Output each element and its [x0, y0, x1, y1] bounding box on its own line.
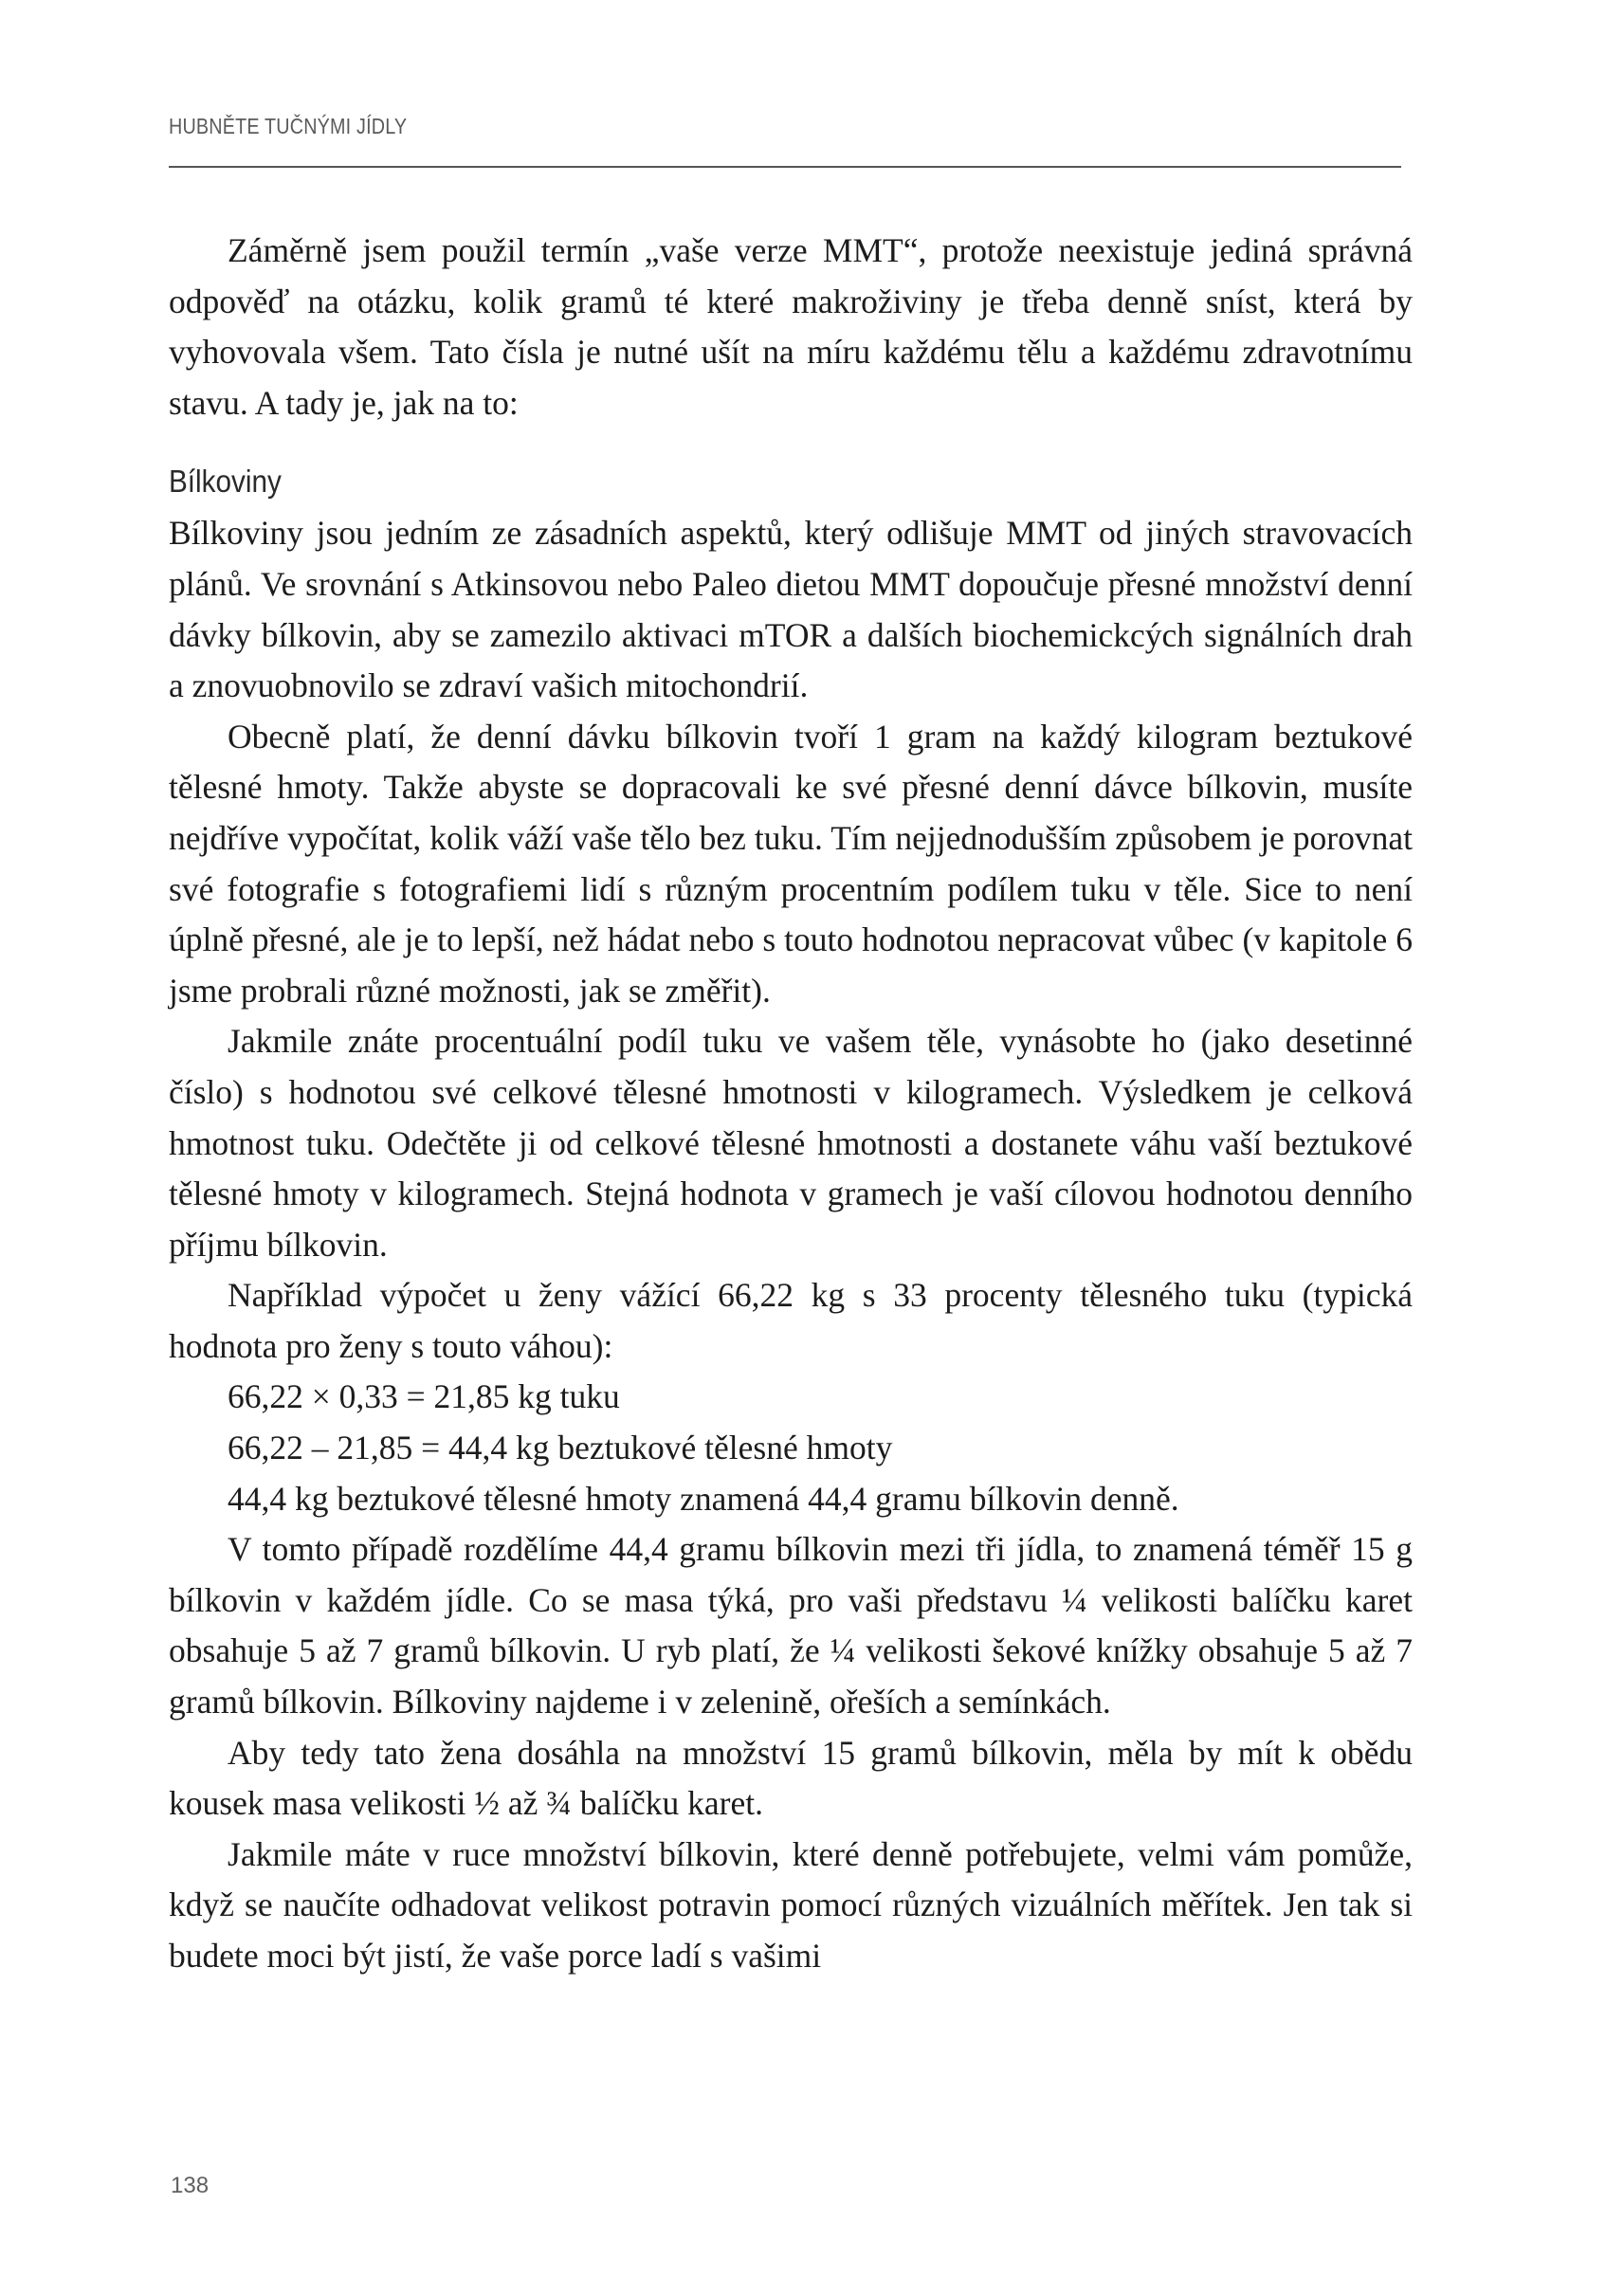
body-text-column: Záměrně jsem použil termín „vaše verze M…	[169, 226, 1413, 1982]
book-page: HUBNĚTE TUČNÝMI JÍDLY Záměrně jsem použi…	[0, 0, 1624, 2295]
section-heading: Bílkoviny	[169, 455, 1288, 508]
running-head-title: HUBNĚTE TUČNÝMI JÍDLY	[169, 114, 407, 139]
intro-paragraph: Záměrně jsem použil termín „vaše verze M…	[169, 226, 1413, 428]
paragraph-calculation-method: Jakmile znáte procentuální podíl tuku ve…	[169, 1016, 1413, 1270]
paragraph-lunch-portion: Aby tedy tato žena dosáhla na množství 1…	[169, 1728, 1413, 1830]
paragraph-general-rule: Obecně platí, že denní dávku bílkovin tv…	[169, 712, 1413, 1017]
header-rule-divider	[169, 166, 1401, 168]
calculation-line-fat: 66,22 × 0,33 = 21,85 kg tuku	[169, 1372, 1413, 1423]
paragraph-visual-measures: Jakmile máte v ruce množství bílkovin, k…	[169, 1830, 1413, 1982]
paragraph-proteins-intro: Bílkoviny jsou jedním ze zásadních aspek…	[169, 508, 1413, 711]
paragraph-meal-split: V tomto případě rozdělíme 44,4 gramu bíl…	[169, 1524, 1413, 1727]
page-number: 138	[171, 2173, 209, 2199]
calculation-line-lean-mass: 66,22 – 21,85 = 44,4 kg beztukové tělesn…	[169, 1423, 1413, 1474]
calculation-line-protein: 44,4 kg beztukové tělesné hmoty znamená …	[169, 1474, 1413, 1525]
paragraph-example-intro: Například výpočet u ženy vážící 66,22 kg…	[169, 1270, 1413, 1372]
